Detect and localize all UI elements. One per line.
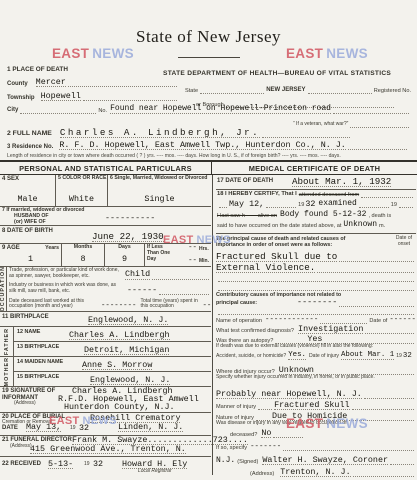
race-cell: 5 COLOR OR RACE White (56, 175, 108, 206)
city-field: City No. Found near Hopewell on Hopewell… (7, 105, 411, 114)
date-of-birth-value: June 22, 1930 (92, 232, 164, 242)
dotted-leader (262, 131, 350, 138)
eastnews-watermark: EASTNEWS (286, 46, 368, 61)
dotted-leader (83, 94, 177, 101)
county-value: Mercer (36, 78, 66, 87)
specify-value: Probably near Hopewell, N. J. (216, 390, 362, 399)
occupation-content: Trade, profession, or particular kind of… (7, 267, 213, 311)
state-field: State NEW JERSEY Registered No. (185, 87, 411, 94)
hrs-line: --Hrs. (188, 245, 209, 252)
mother-maiden-name-value: Anne S. Morrow (82, 361, 152, 370)
occurred-preprint: said to have occurred on the date stated… (217, 223, 341, 229)
mother-group: MOTHER 14 MAIDEN NAME Anne S. Morrow 15 … (0, 357, 211, 387)
father-name-label: 12 NAME (17, 329, 40, 335)
months-label: Months (74, 245, 92, 251)
occupation-last-worked-label: Date deceased last worked at this occupa… (9, 299, 101, 311)
dotted-leader (218, 275, 414, 282)
min-line: --Min. (188, 258, 209, 265)
if-so-specify-value: ------- (250, 444, 281, 451)
mother-birthplace-label: 15 BIRTHPLACE (17, 374, 59, 380)
age-days-value: 9 (122, 255, 127, 263)
funeral-address-label: (Address) (10, 444, 32, 450)
mother-birthplace-row: 15 BIRTHPLACE Englewood, N. J. (14, 372, 211, 386)
death-certificate-scan: EASTNEWS EASTNEWS EASTNEWS EASTNEWS EAST… (0, 0, 417, 480)
coroner-address-row: (Address) Trenton, N. J. (216, 465, 416, 477)
dotted-leader (159, 288, 209, 295)
birthplace-value: Englewood, N. J. (88, 316, 168, 325)
occupation-industry-value: ------ (127, 286, 157, 294)
title-rule (178, 57, 240, 58)
injury-year-value: 32 (403, 353, 412, 360)
mother-birthplace-value: Englewood, N. J. (90, 376, 170, 385)
age-months-value: 8 (80, 255, 85, 263)
date-of-birth-label: 8 DATE OF BIRTH (2, 228, 53, 235)
certify-line1: 18 I HEREBY CERTIFY, That I attended dec… (217, 191, 415, 198)
city-label: City (7, 107, 18, 114)
occupation-industry-line: Industry or business in which work was d… (9, 283, 211, 295)
informant-address-label: (Address) (14, 401, 36, 407)
injury-date-value: About Mar. 1 (341, 352, 394, 360)
if-so-specify-row: If so, specify ------- (216, 440, 416, 451)
hrs-min-stack: --Hrs. --Min. (188, 245, 209, 265)
place-of-death-label: 1 PLACE OF DEATH (7, 66, 68, 73)
test-row: What test confirmed diagnosis? Investiga… (216, 324, 416, 334)
contributory-line2-label: principal cause: (216, 300, 257, 306)
certify-examined-value: examined (318, 200, 356, 208)
occupation-trade-line: Trade, profession, or particular kind of… (9, 268, 211, 280)
death-is-preprint: , death is (368, 213, 391, 219)
dotted-leader (339, 300, 414, 307)
dotted-leader (390, 458, 414, 465)
occupation-vertical-label: OCCUPATION (0, 266, 6, 311)
external-causes-block: If death was due to external causes (vio… (216, 344, 416, 365)
body-found-value: Body found 5-12-32 (280, 211, 366, 219)
occupation-trade-label: Trade, profession, or particular kind of… (9, 268, 121, 280)
age-days-cell: Days 9 (105, 244, 145, 266)
burial-date-label: DATE (2, 425, 18, 432)
received-year-preprint: 19 (84, 462, 90, 468)
occupation-total-label: Total time (years) spent in this occupat… (140, 299, 202, 311)
mother-vertical-strip: MOTHER (0, 357, 14, 386)
residence-field: 3 Residence No. R. F. D. Hopewell, East … (7, 141, 409, 150)
certify-line3: I last saw h—— alive on Body found 5-12-… (217, 211, 415, 219)
dotted-leader (352, 403, 415, 410)
contributory-block: Contributory causes of importance not re… (216, 292, 416, 314)
dotted-leader (333, 107, 409, 114)
watermark-news-text: NEWS (197, 234, 231, 246)
date-of-onset-line2: onset (396, 242, 412, 248)
test-value: Investigation (298, 325, 363, 334)
watermark-news-text: NEWS (326, 416, 368, 431)
mother-vertical-label: MOTHER (4, 357, 10, 386)
hrs-value: -- (188, 245, 197, 252)
injury-year-preprint: 19 (396, 354, 402, 360)
father-group: FATHER 12 NAME Charles A. Lindbergh 13 B… (0, 327, 211, 357)
occupation-last-worked-value: -------- (101, 303, 136, 310)
age-months-cell: Months 8 (62, 244, 105, 266)
injury-date-label: Date of injury (309, 354, 339, 360)
specify-label: Specify whether injury occurred in indus… (216, 375, 416, 381)
occurred-place-value: Unknown (343, 221, 377, 229)
county-field: County Mercer (7, 78, 179, 87)
burial-year-preprint: 19 (70, 426, 76, 432)
dotted-leader (348, 143, 407, 150)
dotted-leader (273, 431, 303, 438)
personal-section-title: PERSONAL AND STATISTICAL PARTICULARS (0, 162, 212, 174)
accident-row: Accident, suicide, or homicide? Yes. Dat… (216, 352, 416, 360)
dotted-leader (308, 87, 372, 94)
certify-year-preprint: 19 (298, 202, 304, 208)
birthplace-row: 11 BIRTHPLACE Englewood, N. J. (0, 312, 211, 327)
funeral-director-row: 21 FUNERAL DIRECTOR (Address) Frank M. S… (0, 436, 211, 457)
external-causes-label: If death was due to external causes (vio… (216, 344, 416, 350)
operation-date-value: ------ (389, 317, 416, 324)
informant-address-line2: Hunterdon County, N.J. (64, 403, 175, 411)
dotted-leader (258, 403, 272, 410)
residence-label: 3 Residence No. (7, 144, 53, 151)
eastnews-watermark: EASTNEWS (286, 416, 368, 431)
cause-value-line1: Fractured Skull due to (216, 252, 337, 262)
age-row: 9 AGEYears 1 Months 8 Days 9 If Less Tha… (0, 244, 211, 267)
certify-preprint: 18 I HEREBY CERTIFY, That I (217, 191, 297, 198)
marital-value: Single (144, 195, 174, 203)
specify-row: Specify whether injury occurred in indus… (216, 375, 416, 388)
received-year-value: 32 (93, 460, 103, 468)
funeral-director-address-value: 415 Greenwood Ave., Trenton, N. (30, 445, 186, 454)
coroner-address-label: (Address) (250, 471, 274, 477)
signed-row: N.J. (Signed) Walter H. Swayze, Coroner (216, 451, 416, 465)
township-value: Hopewell (41, 92, 81, 101)
if-less-cell: If Less Than One Day --Hrs. --Min. (145, 244, 211, 266)
father-name-value: Charles A. Lindbergh (69, 331, 170, 340)
occupation-related-value: No (261, 429, 271, 438)
if-less-label: If Less Than One Day (147, 245, 173, 265)
certify-tail-preprint: 19 (391, 202, 397, 208)
dotted-leader (218, 284, 414, 291)
occupation-group: OCCUPATION Trade, profession, or particu… (0, 267, 211, 312)
dotted-leader (266, 201, 296, 208)
operation-value: ------------ (265, 317, 318, 324)
date-of-death-row: 17 DATE OF DEATH About Mar. 1, 1932 (216, 175, 416, 190)
manner-of-injury-row: Manner of injury Fractured Skull (216, 399, 416, 410)
sex-label: 4 SEX (2, 176, 53, 183)
watermark-east-text: EAST (49, 415, 80, 427)
dotted-leader (320, 317, 367, 324)
department-heading: STATE DEPARTMENT OF HEALTH—BUREAU OF VIT… (163, 70, 391, 78)
dotted-leader (219, 201, 227, 208)
contributory-value: -------- (297, 298, 337, 306)
married-to-value: ---------- (105, 214, 155, 222)
manner-of-injury-value: Fractured Skull (274, 401, 349, 410)
occurred-m-preprint: m. (379, 223, 385, 229)
deceased-label: deceased? (230, 432, 257, 438)
father-vertical-label: FATHER (4, 328, 10, 355)
certify-struck-text: attended deceased from (299, 192, 359, 198)
dotted-leader (359, 201, 389, 208)
state-label: State (185, 88, 198, 94)
mother-maiden-name-label: 14 MAIDEN NAME (17, 359, 63, 365)
cause-line2: External Violence. (216, 262, 416, 273)
certify-line4: said to have occurred on the date stated… (217, 221, 415, 229)
min-label: Min. (199, 259, 209, 265)
blank-dotted-line (216, 273, 416, 282)
last-saw-alive-struck: I last saw h—— alive on (217, 213, 277, 219)
cause-of-death-block: Fractured Skull due to External Violence… (216, 251, 416, 292)
nj-value: N.J. (216, 457, 235, 465)
state-value: NEW JERSEY (266, 87, 305, 94)
spacer (173, 245, 188, 265)
dotted-leader (364, 392, 414, 399)
received-date-value: 5-13- (48, 460, 73, 469)
document-title: State of New Jersey (0, 27, 417, 47)
dotted-leader (361, 191, 413, 198)
principal-cause-labels: The principal cause of death and related… (216, 236, 345, 251)
street-no-label: No. (98, 108, 107, 114)
principal-cause-header: The principal cause of death and related… (216, 234, 416, 251)
signed-value: Walter H. Swayze, Coroner (262, 456, 388, 465)
length-of-residence-line: Length of residence in city or town wher… (7, 153, 413, 159)
registered-no-label: Registered No. (374, 88, 411, 94)
local-registrar-label: Local Registrar (138, 469, 172, 475)
mother-content: 14 MAIDEN NAME Anne S. Morrow 15 BIRTHPL… (14, 357, 211, 386)
certify-line2: May 12, 19 32 examined 19 (217, 200, 415, 208)
dotted-leader (20, 107, 96, 114)
contributory-line2: principal cause: -------- (216, 298, 416, 306)
years-label: Years (45, 246, 59, 252)
father-vertical-strip: FATHER (0, 327, 14, 356)
occupation-total-value: -- (202, 303, 211, 310)
coroner-address-value: Trenton, N. J. (280, 468, 350, 477)
dotted-leader (350, 121, 409, 128)
race-label: 5 COLOR OR RACE (58, 176, 105, 182)
watermark-east-text: EAST (52, 46, 89, 61)
date-of-death-label: 17 DATE OF DEATH (217, 178, 273, 185)
received-row: 22 RECEIVED 5-13- 19 32 Howard H. Ely Lo… (0, 457, 211, 473)
place-found-value: Found near Hopewell on Hopewell-Princeto… (110, 105, 331, 114)
hrs-label: Hrs. (199, 247, 209, 253)
birthplace-label: 11 BIRTHPLACE (2, 314, 49, 321)
marital-label: 6 Single, Married, Widowed or Divorced (110, 176, 209, 182)
principal-cause-line2: importance in order of onset were as fol… (216, 242, 345, 248)
occupation-trade-value: Child (125, 270, 150, 279)
married-to-row: 7 If married, widowed or divorced HUSBAN… (0, 207, 211, 226)
residence-value: R. F. D. Hopewell, East Amwell Twp., Hun… (59, 141, 345, 150)
watermark-news-text: NEWS (83, 415, 117, 427)
occupation-industry-label: Industry or business in which work was d… (9, 283, 121, 295)
dotted-leader (200, 87, 264, 94)
county-label: County (7, 81, 28, 88)
watermark-east-text: EAST (286, 46, 323, 61)
marital-cell: 6 Single, Married, Widowed or Divorced S… (108, 175, 211, 206)
sex-cell: 4 SEX Male (0, 175, 56, 206)
full-name-field: 2 FULL NAME Charles A. Lindbergh, Jr. (7, 128, 352, 138)
dotted-leader (317, 266, 414, 273)
occupation-vertical-strip: OCCUPATION (0, 267, 7, 311)
accident-label: Accident, suicide, or homicide? (216, 354, 286, 360)
date-of-death-value: About Mar. 1, 1932 (292, 177, 391, 187)
cause-line1: Fractured Skull due to (216, 251, 416, 262)
age-years-value: 1 (28, 255, 33, 263)
watermark-news-text: NEWS (326, 46, 368, 61)
township-field: Township Hopewell (7, 92, 179, 101)
cause-value-line2: External Violence. (216, 263, 315, 273)
race-value: White (69, 195, 94, 203)
received-label: 22 RECEIVED (2, 461, 41, 468)
father-birthplace-label: 13 BIRTHPLACE (17, 344, 59, 350)
watermark-east-text: EAST (163, 234, 194, 246)
dotted-leader (152, 273, 209, 280)
father-content: 12 NAME Charles A. Lindbergh 13 BIRTHPLA… (14, 327, 211, 356)
certify-block: 18 I HEREBY CERTIFY, That I attended dec… (216, 190, 416, 234)
eastnews-watermark: EASTNEWS (52, 46, 134, 61)
certify-year-value: 32 (305, 200, 315, 208)
certify-date-value: May 12, (229, 200, 264, 208)
section-header-band: PERSONAL AND STATISTICAL PARTICULARS MED… (0, 160, 417, 175)
occupation-last-worked-line: Date deceased last worked at this occupa… (9, 299, 211, 311)
age-years-cell: 9 AGEYears 1 (0, 244, 62, 266)
dotted-leader (399, 201, 413, 208)
sex-value: Male (17, 195, 37, 203)
veteran-field: “ If a veteran, what war?” (293, 121, 411, 128)
father-birthplace-row: 13 BIRTHPLACE Detroit, Michigan (14, 342, 211, 356)
father-name-row: 12 NAME Charles A. Lindbergh (14, 327, 211, 342)
medical-section-title: MEDICAL CERTIFICATE OF DEATH (212, 162, 417, 174)
age-label: 9 AGE (2, 245, 20, 252)
blank-dotted-line (216, 282, 416, 291)
full-name-label: 2 FULL NAME (7, 130, 52, 138)
watermark-east-text: EAST (286, 416, 323, 431)
min-value: -- (188, 258, 197, 265)
dotted-leader (68, 80, 177, 87)
days-label: Days (118, 245, 130, 251)
father-birthplace-value: Detroit, Michigan (84, 346, 169, 355)
sex-race-marital-row: 4 SEX Male 5 COLOR OR RACE White 6 Singl… (0, 175, 211, 207)
dotted-leader (339, 255, 414, 262)
mother-maiden-name-row: 14 MAIDEN NAME Anne S. Morrow (14, 357, 211, 372)
eastnews-watermark: EASTNEWS (49, 415, 117, 427)
watermark-news-text: NEWS (92, 46, 134, 61)
age-years-labels: 9 AGEYears (2, 245, 59, 252)
dotted-leader (365, 327, 414, 334)
dotted-leader (283, 444, 414, 451)
accident-value: Yes. (288, 352, 306, 360)
township-label: Township (7, 95, 35, 102)
burial-city-value: Linden, N. J. (118, 423, 183, 432)
full-name-value: Charles A. Lindbergh, Jr. (60, 128, 260, 138)
dotted-leader (353, 470, 414, 477)
operation-row: Name of operation ------------ Date of -… (216, 314, 416, 324)
date-of-onset-labels: Date of onset (396, 236, 412, 251)
eastnews-watermark: EASTNEWS (163, 234, 231, 246)
specify-value-row: Probably near Hopewell, N. J. (216, 388, 416, 399)
informant-row: 19 SIGNATURE OF INFORMANT (Address) Char… (0, 387, 211, 413)
